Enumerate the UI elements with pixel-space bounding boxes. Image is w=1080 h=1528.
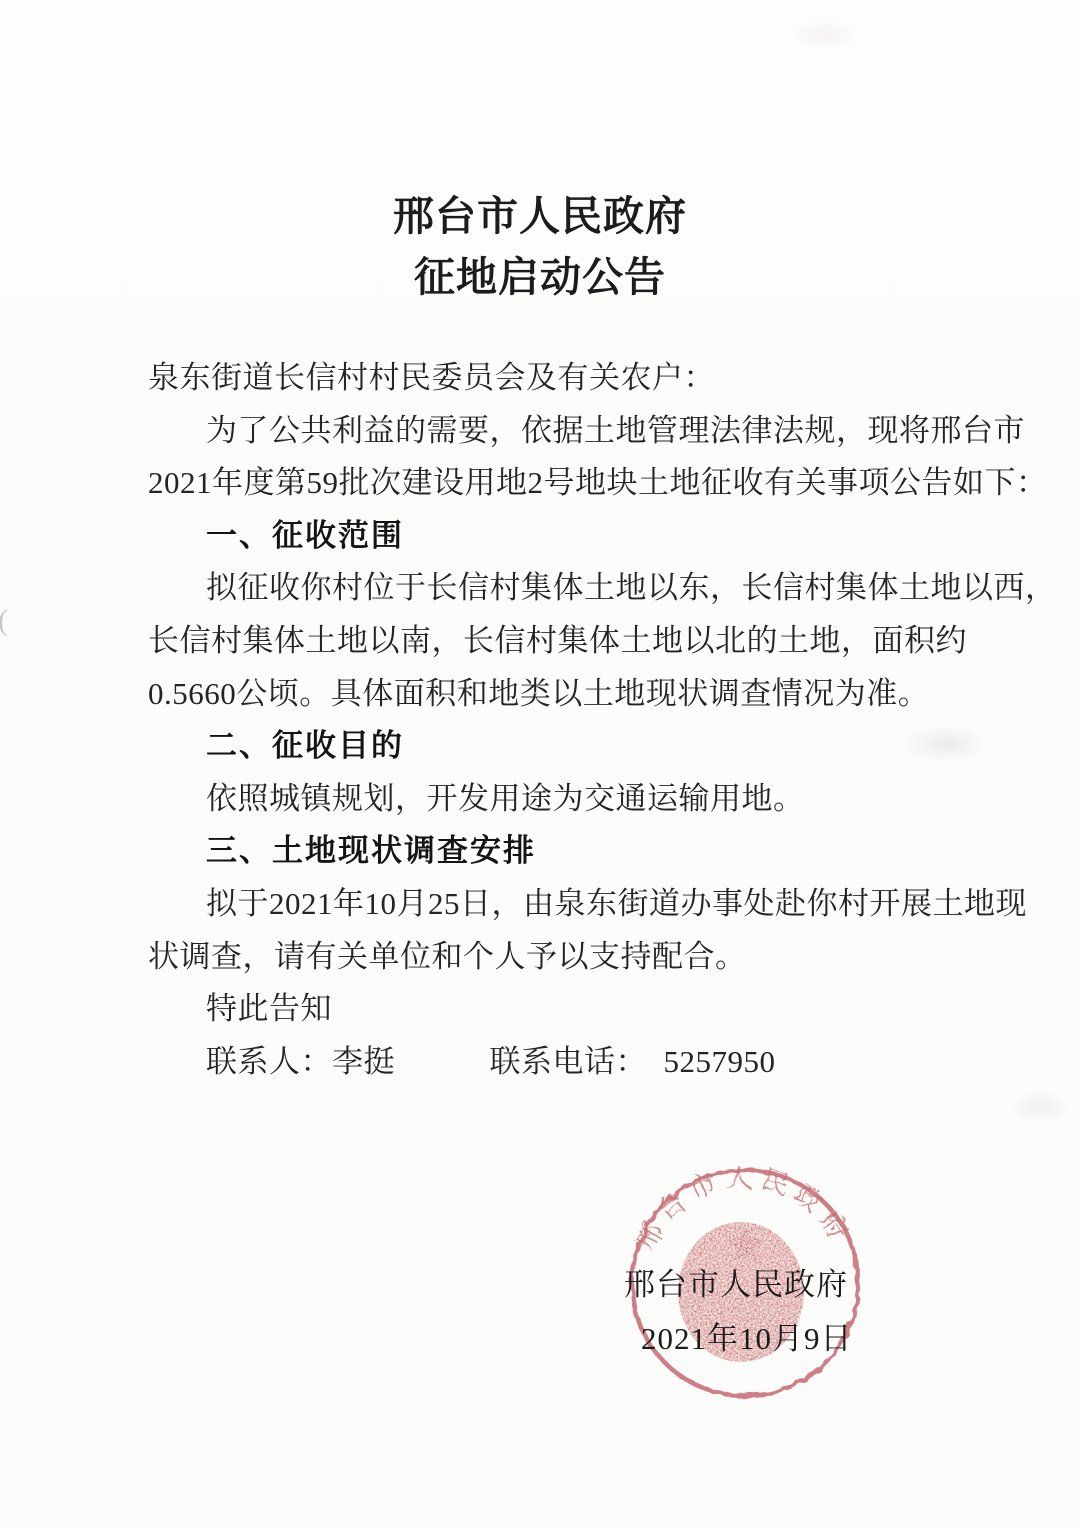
body-line: 0.5660公顷。具体面积和地类以土地现状调查情况为准。 [148,668,1048,721]
body-line: 拟于2021年10月25日，由泉东街道办事处赴你村开展土地现 [148,878,1048,931]
body-line: 为了公共利益的需要，依据土地管理法律法规，现将邢台市 [148,405,1048,458]
scan-smudge [1010,1090,1070,1124]
scan-smudge [790,20,860,50]
section-heading-3: 三、土地现状调查安排 [148,825,1048,878]
signature-date: 2021年10月9日 [641,1313,853,1358]
body-line: 长信村集体土地以南，长信村集体土地以北的土地，面积约 [148,615,1048,668]
document-body: 泉东街道长信村村民委员会及有关农户： 为了公共利益的需要，依据土地管理法律法规，… [148,352,1048,1088]
scanned-page: 邢台市人民政府 征地启动公告 泉东街道长信村村民委员会及有关农户： 为了公共利益… [0,0,1080,1528]
contact-line: 联系人：李挺 联系电话： 5257950 [148,1036,1048,1089]
title-line-subject: 征地启动公告 [0,247,1080,308]
scan-edge-mark: ( [0,604,8,638]
body-line: 拟征收你村位于长信村集体土地以东，长信村集体土地以西， [148,562,1048,615]
body-line: 依照城镇规划，开发用途为交通运输用地。 [148,773,1048,826]
section-heading-1: 一、征收范围 [148,510,1048,563]
scan-smudge [900,724,990,764]
body-line: 2021年度第59批次建设用地2号地块土地征收有关事项公告如下： [148,457,1048,510]
body-line: 状调查，请有关单位和个人予以支持配合。 [148,931,1048,984]
signature-org: 邢台市人民政府 [624,1259,848,1304]
body-line: 泉东街道长信村村民委员会及有关农户： [148,352,1048,405]
body-line: 特此告知 [148,983,1048,1036]
title-line-authority: 邢台市人民政府 [0,186,1080,247]
document-title: 邢台市人民政府 征地启动公告 [0,186,1080,308]
